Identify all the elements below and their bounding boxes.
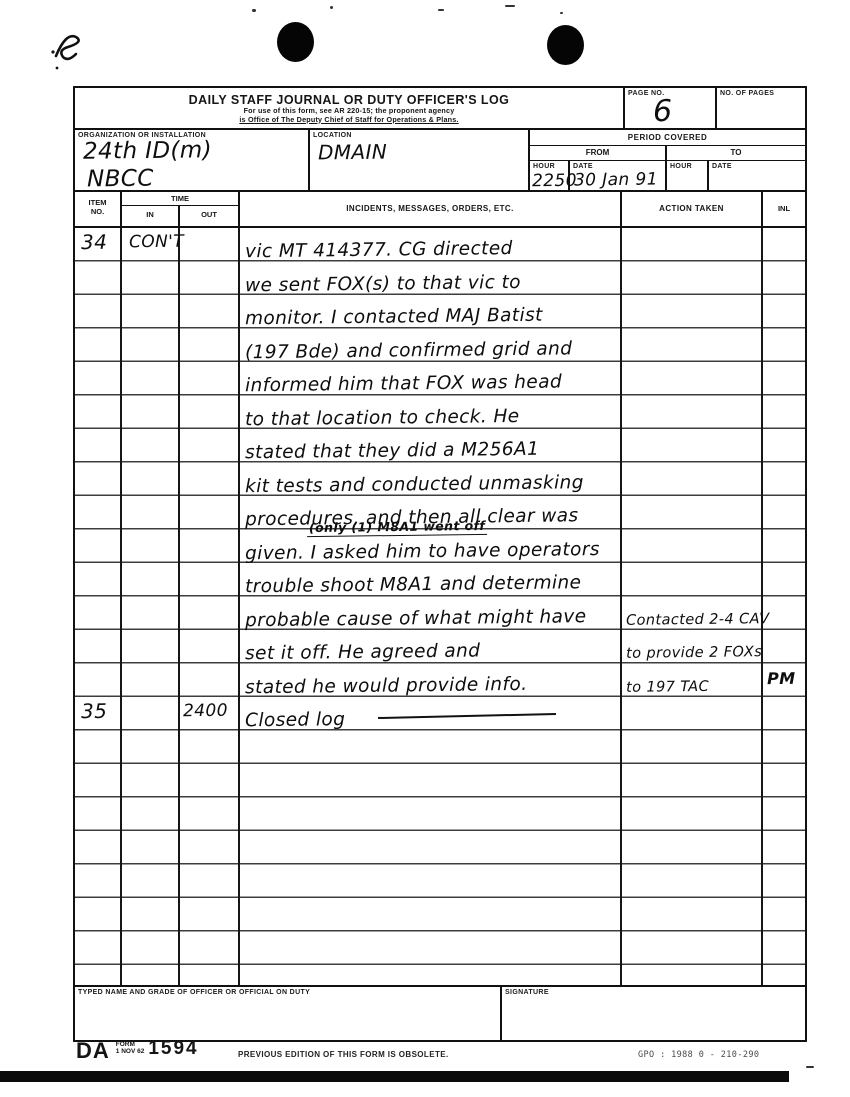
entry-34-line: vic MT 414377. CG directed	[245, 226, 623, 264]
entry-34-line: probable cause of what might have	[245, 594, 623, 632]
column-divider	[120, 228, 122, 985]
from-date-cell: DATE 30 Jan 91	[570, 161, 667, 192]
from-date-value: 30 Jan 91	[574, 169, 658, 190]
scan-speck	[505, 5, 515, 7]
column-divider	[238, 228, 240, 985]
entry-34-line: stated that they did a M256A1	[245, 427, 623, 465]
period-covered-cell: PERIOD COVERED FROM TO HOUR 2250 DATE 30…	[530, 130, 805, 192]
entry-34-time-in: CON'T	[129, 232, 184, 253]
entry-34-line: to that location to check. He	[245, 393, 623, 431]
form-subtitle-line2: is Office of The Deputy Chief of Staff f…	[75, 116, 623, 125]
entry-34-action-line: to 197 TAC	[626, 663, 762, 698]
scan-edge-bar	[0, 1071, 789, 1082]
location-label: LOCATION	[310, 130, 528, 140]
gpo-note: GPO : 1988 0 - 210-290	[638, 1050, 759, 1060]
location-value: DMAIN	[318, 140, 387, 165]
from-label: FROM	[530, 146, 667, 160]
entry-34-line: informed him that FOX was head	[245, 360, 623, 398]
pen-squiggle-icon	[46, 24, 102, 74]
signature-label: SIGNATURE	[502, 987, 805, 997]
scanned-document-page: DAILY STAFF JOURNAL OR DUTY OFFICER'S LO…	[0, 0, 850, 1097]
typed-name-cell: TYPED NAME AND GRADE OF OFFICER OR OFFIC…	[75, 985, 500, 1042]
form-title: DAILY STAFF JOURNAL OR DUTY OFFICER'S LO…	[75, 88, 623, 107]
da-form-1594: DAILY STAFF JOURNAL OR DUTY OFFICER'S LO…	[73, 86, 807, 1042]
time-header: TIME IN OUT	[122, 192, 240, 228]
form-title-cell: DAILY STAFF JOURNAL OR DUTY OFFICER'S LO…	[75, 88, 625, 130]
entry-34-item-no: 34	[81, 230, 108, 254]
page-no-value: 6	[653, 94, 673, 129]
to-hour-label: HOUR	[667, 161, 707, 171]
entry-34-line: kit tests and conducted unmasking	[245, 460, 623, 498]
scan-speck	[560, 12, 563, 14]
inl-header: INL	[763, 192, 805, 228]
scan-speck	[806, 1066, 814, 1068]
scan-speck	[330, 6, 333, 9]
entry-34-line: we sent FOX(s) to that vic to	[245, 259, 623, 297]
to-date-label: DATE	[709, 161, 805, 171]
entry-34-line: given. I asked him to have operators	[245, 527, 623, 565]
location-cell: LOCATION DMAIN	[310, 130, 530, 192]
item-header-line2: NO.	[75, 207, 120, 216]
action-taken-header: ACTION TAKEN	[622, 192, 763, 228]
period-covered-label: PERIOD COVERED	[530, 130, 805, 146]
entry-34-line: (197 Bde) and confirmed grid and	[245, 326, 623, 364]
from-hour-label: HOUR	[530, 161, 568, 171]
to-date-cell: DATE	[709, 161, 805, 192]
entry-35-line: Closed log	[245, 695, 623, 733]
page-no-cell: PAGE NO. 6	[625, 88, 717, 130]
to-label: TO	[667, 146, 805, 160]
no-of-pages-label: NO. OF PAGES	[717, 88, 805, 98]
entry-35-time-out: 2400	[183, 701, 228, 722]
entry-34-line: stated he would provide info.	[245, 661, 623, 699]
entry-34-action-line: Contacted 2-4 CAV	[626, 596, 762, 631]
from-hour-cell: HOUR 2250	[530, 161, 570, 192]
time-in-header: IN	[122, 206, 180, 226]
incidents-header: INCIDENTS, MESSAGES, ORDERS, ETC.	[240, 192, 622, 228]
scan-speck	[438, 9, 444, 11]
entry-34-line: trouble shoot M8A1 and determine	[245, 561, 623, 599]
no-of-pages-cell: NO. OF PAGES	[717, 88, 805, 130]
organization-value-line2: NBCC	[87, 166, 154, 193]
entry-35-item-no: 35	[81, 699, 108, 723]
item-header-line1: ITEM	[75, 198, 120, 207]
hole-punch-right-icon	[547, 25, 584, 65]
entry-34-initials: PM	[767, 669, 796, 688]
entry-34-action-line: to provide 2 FOXs	[626, 629, 762, 664]
da-prefix: DA	[76, 1038, 110, 1064]
entry-34-line: monitor. I contacted MAJ Batist	[245, 293, 623, 331]
entry-34-line: set it off. He agreed and	[245, 628, 623, 666]
form-number: 1594	[148, 1038, 198, 1060]
scan-speck	[252, 9, 256, 12]
typed-name-label: TYPED NAME AND GRADE OF OFFICER OR OFFIC…	[75, 987, 500, 997]
time-out-header: OUT	[180, 206, 238, 226]
to-hour-cell: HOUR	[667, 161, 709, 192]
form-edition: 1 NOV 62	[116, 1048, 145, 1055]
organization-value-line1: 24th ID(m)	[83, 137, 212, 165]
time-header-label: TIME	[122, 192, 238, 206]
signature-cell: SIGNATURE	[500, 985, 805, 1042]
item-no-header: ITEM NO.	[75, 192, 122, 228]
hole-punch-left-icon	[277, 22, 314, 62]
column-divider	[178, 228, 180, 985]
organization-cell: ORGANIZATION OR INSTALLATION 24th ID(m) …	[75, 130, 310, 192]
form-word: FORM	[116, 1041, 145, 1048]
obsolete-note: PREVIOUS EDITION OF THIS FORM IS OBSOLET…	[238, 1050, 449, 1059]
